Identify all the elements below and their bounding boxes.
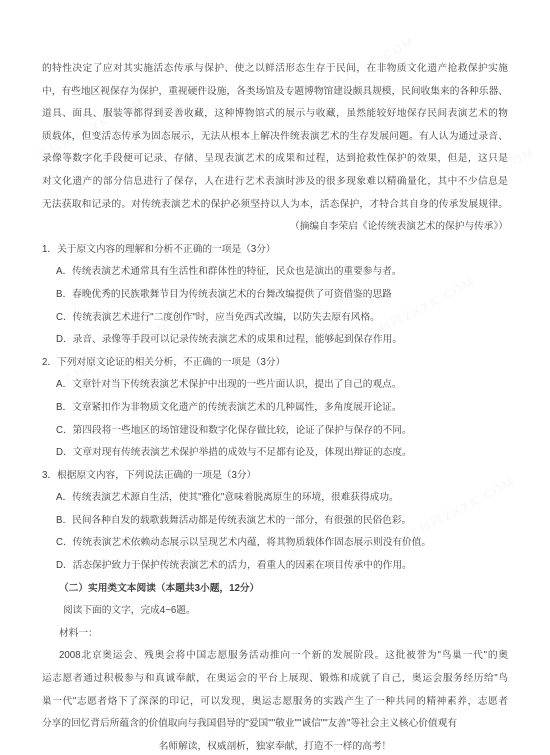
paragraph-line: 的特性决定了应对其实施活态传承与保护、使之以鲜活形态生存于民间，在非物质文化遗产… xyxy=(42,58,508,81)
material-line: 2008北京奥运会、残奥会将中国志愿服务活动推向一个新的发展阶段。这批被誉为"鸟… xyxy=(42,645,508,668)
page-content: 的特性决定了应对其实施活态传承与保护、使之以鲜活形态生存于民间，在非物质文化遗产… xyxy=(42,58,508,755)
question-option: C．传统表演艺术进行"二度创作"时，应当免西式改编，以防失去原有风格。 xyxy=(42,307,508,330)
question-option: C．传统表演艺术依赖动态展示以呈现艺术内蕴，将其物质载体作固态展示则没有价值。 xyxy=(42,532,508,555)
question-option: C．第四段将一些地区的场馆建设和数字化保存做比较，论证了保护与保存的不同。 xyxy=(42,420,508,443)
material-label: 材料一： xyxy=(42,623,508,646)
material-line: 分享的回忆背后所蕴含的价值取向与我国倡导的"爱国""敬业""诚信""友善"等社会… xyxy=(42,713,508,736)
paragraph-line: 对文化遗产的部分信息进行了保存，人在进行艺术表演时涉及的很多现象难以精确量化，其… xyxy=(42,171,508,194)
paragraph-line: 录像等数字化手段便可记录、存储、呈现表演艺术的成果和过程，达到抢救性保护的效果，… xyxy=(42,148,508,171)
section-heading: （二）实用类文本阅读（本题共3小题，12分） xyxy=(42,578,508,601)
material-line: 巢一代"志愿者烙下了深深的印记，可以发现，奥运志愿服务的实践产生了一种共同的精神… xyxy=(42,691,508,714)
question-option: D．活态保护致力于保护传统表演艺术的活力，看重人的因素在项目传承中的作用。 xyxy=(42,555,508,578)
question-stem: 2．下列对原文论证的相关分析，不正确的一项是（3分） xyxy=(42,352,508,375)
question-stem: 3．根据原文内容，下列说法正确的一项是（3分） xyxy=(42,465,508,488)
exam-page: 学科网ZXXK.COM 学科网ZXXK.COM 学科网ZXXK.COM 学科网Z… xyxy=(0,0,550,755)
paragraph-line: 道具、面具、服装等都得到妥善收藏，这种博物馆式的展示与收藏，虽然能较好地保存民间… xyxy=(42,103,508,126)
paragraph-line: 中，有些地区视保存为保护，重视硬件设施，各类场馆及专题博物馆建设颇具规模，民间收… xyxy=(42,81,508,104)
material-line: 运志愿者通过积极参与和真诚奉献，在奥运会的平台上展现、锻炼和成就了自己，奥运会服… xyxy=(42,668,508,691)
footer-slogan: 名师解读，权威剖析，独家奉献，打造不一样的高考！ xyxy=(42,736,508,755)
question-option: D．录音、录像等手段可以记录传统表演艺术的成果和过程，能够起到保存作用。 xyxy=(42,329,508,352)
question-option: D．文章对现有传统表演艺术保护举措的成效与不足都有论及，体现出辩证的态度。 xyxy=(42,442,508,465)
question-option: A．传统表演艺术源自生活，使其"雅化"意味着脱离原生的环境，很难获得成功。 xyxy=(42,487,508,510)
question-option: B．春晚优秀的民族歌舞节目为传统表演艺术的台舞改编提供了可资借鉴的思路 xyxy=(42,284,508,307)
question-stem: 1．关于原文内容的理解和分析不正确的一项是（3分） xyxy=(42,239,508,262)
reading-instruction: 阅读下面的文字，完成4~6题。 xyxy=(42,600,508,623)
paragraph-line: 质载体，但变活态传承为固态展示，无法从根本上解决件统表演艺术的生存发展问题。有人… xyxy=(42,126,508,149)
question-option: B．民间各种自发的载歌载舞活动都是传统表演艺术的一部分，有很强的民俗色彩。 xyxy=(42,510,508,533)
attribution-line: （摘编自李荣启《论传统表演艺术的保护与传承》） xyxy=(42,216,508,239)
question-option: A．文章针对当下传统表演艺术保护中出现的一些片面认识，提出了自己的观点。 xyxy=(42,374,508,397)
question-option: A．传统表演艺术通常具有生活性和群体性的特征，民众也是演出的重要参与者。 xyxy=(42,261,508,284)
paragraph-line: 无法获取和记录的。对传统表演艺术的保护必须坚持以人为本，活态保护，才特合其自身的… xyxy=(42,194,508,217)
question-option: B．文章紧扣作为非物质文化遗产的传统表演艺术的几种属性，多角度展开论证。 xyxy=(42,397,508,420)
